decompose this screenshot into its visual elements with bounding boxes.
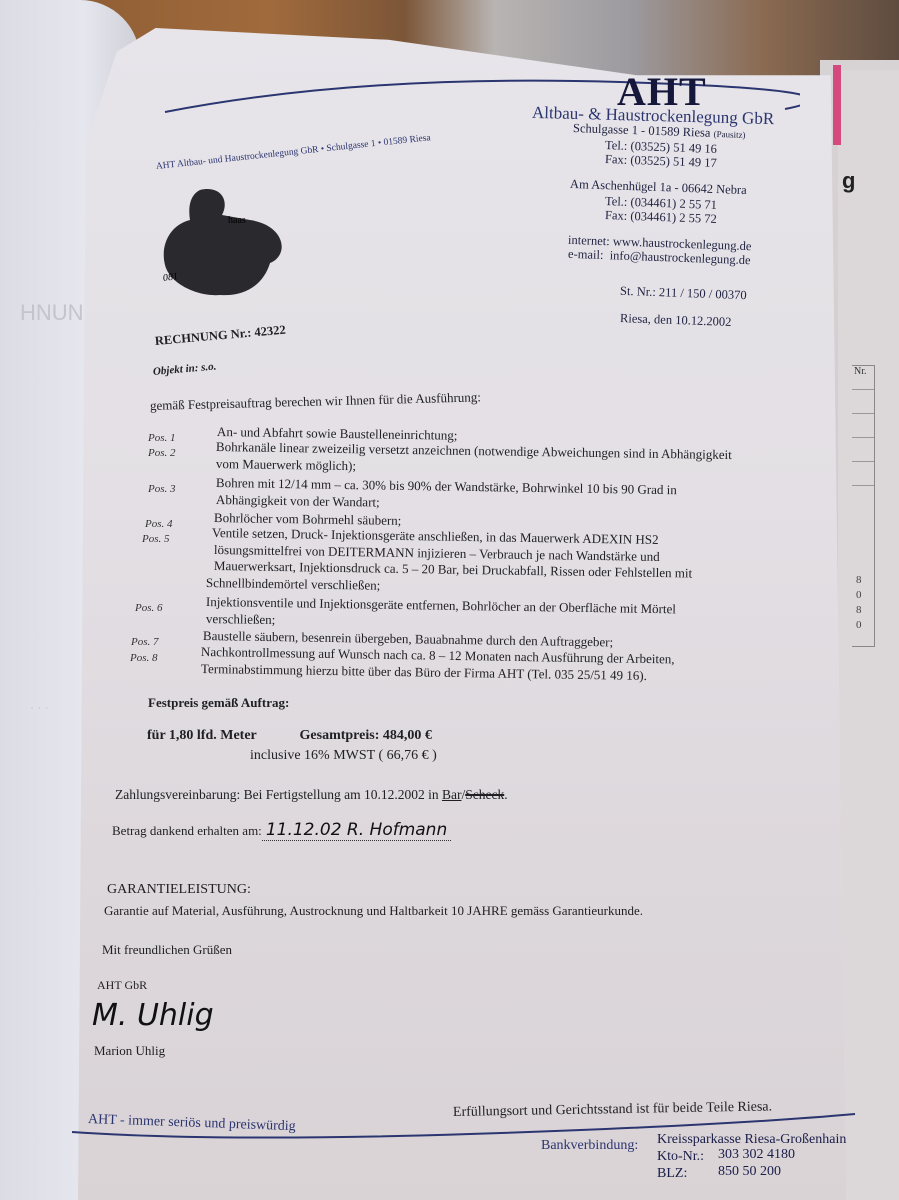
payment-cash: Bar — [442, 787, 462, 802]
position-label: Pos. 4 — [145, 518, 173, 530]
signature: M. Uhlig — [92, 998, 214, 1033]
position-label: Pos. 7 — [131, 636, 159, 648]
bank-name: Kreissparkasse Riesa-Großenhain — [657, 1132, 846, 1148]
background-table-cell — [852, 462, 874, 486]
quantity: für 1,80 lfd. Meter — [147, 728, 257, 743]
background-table-cell — [852, 414, 874, 438]
payment-end: . — [504, 787, 507, 802]
guarantee-heading: GARANTIELEISTUNG: — [107, 882, 251, 898]
account-number: 303 302 4180 — [718, 1147, 795, 1163]
position-label: Pos. 5 — [142, 533, 170, 545]
vat-line: inclusive 16% MWST ( 66,76 € ) — [250, 748, 437, 764]
position-label: Pos. 3 — [148, 483, 176, 495]
payment-terms-text: Zahlungsvereinbarung: Bei Fertigstellung… — [115, 787, 442, 802]
closing: Mit freundlichen Grüßen — [102, 942, 232, 958]
office1-district: (Pausitz) — [713, 129, 745, 140]
received-line: Betrag dankend erhalten am:11.12.02 R. H… — [112, 820, 451, 840]
email-label: e-mail: — [568, 247, 604, 262]
position-label: Pos. 6 — [135, 602, 163, 614]
background-table-header: Nr. — [852, 366, 874, 390]
guarantee-text: Garantie auf Material, Ausführung, Austr… — [104, 903, 643, 919]
recipient-fragment: haas — [228, 215, 246, 226]
position-text: Schnellbindemörtel verschließen; — [206, 575, 381, 594]
account-label: Kto-Nr.: — [657, 1149, 704, 1165]
redaction-blob — [160, 185, 290, 300]
background-sheet-numbers: 8 0 8 0 — [856, 573, 862, 633]
faint-text: · · · — [30, 700, 49, 714]
position-label: Pos. 1 — [148, 432, 176, 444]
background-table-cell — [852, 390, 874, 414]
payment-terms: Zahlungsvereinbarung: Bei Fertigstellung… — [115, 787, 508, 803]
bg-num: 8 — [856, 603, 862, 618]
pink-tab — [833, 65, 841, 145]
faint-text: HNUN — [20, 300, 84, 326]
position-text: Abhängigkeit von der Wandart; — [216, 492, 380, 511]
signer-company: AHT GbR — [97, 978, 147, 993]
recipient-zip-fragment: 081 — [162, 271, 178, 284]
received-handwritten: 11.12.02 R. Hofmann — [262, 820, 451, 841]
bank-label: Bankverbindung: — [541, 1138, 638, 1154]
background-sheet-glyph: g — [842, 168, 855, 194]
bg-num: 0 — [856, 618, 862, 633]
price-line: für 1,80 lfd. Meter Gesamtpreis: 484,00 … — [147, 728, 432, 744]
position-text: verschließen; — [206, 611, 276, 628]
bg-num: 0 — [856, 588, 862, 603]
blz-number: 850 50 200 — [718, 1164, 781, 1180]
position-text: vom Mauerwerk möglich); — [216, 456, 356, 474]
background-table-cell — [852, 438, 874, 462]
position-label: Pos. 2 — [148, 447, 176, 459]
website-label: internet: — [568, 233, 610, 248]
payment-check-struck: Scheck — [465, 787, 504, 802]
signer-name: Marion Uhlig — [94, 1043, 165, 1059]
bg-num: 8 — [856, 573, 862, 588]
blz-label: BLZ: — [657, 1166, 687, 1182]
fixed-price-heading: Festpreis gemäß Auftrag: — [148, 695, 289, 711]
total-amount: 484,00 € — [383, 728, 432, 743]
total-label: Gesamtpreis: — [300, 728, 380, 743]
position-label: Pos. 8 — [130, 652, 158, 664]
received-label: Betrag dankend erhalten am: — [112, 823, 262, 838]
